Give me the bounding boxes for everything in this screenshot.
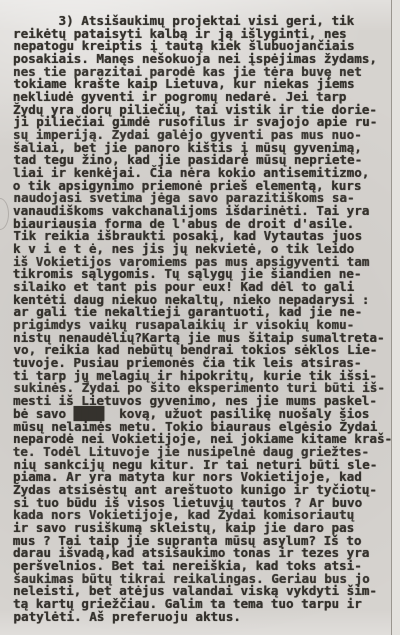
text-line: kada nors Vokietijoje, kad Žydai komisor…	[13, 509, 397, 522]
text-line: nių sankcijų negu kitur. Ir tai neturi b…	[13, 459, 397, 472]
text-line: sų imperiją. Žydai galėjo gyventi pas mu…	[13, 129, 397, 142]
text-line: prigimdys vaikų rusapalaikių ir visokių …	[13, 319, 397, 332]
text-line: Tik reikia išbraukti posakį, kad Vytauta…	[13, 230, 397, 243]
text-line: sukinės. Žydai po šito eksperimento turi…	[13, 382, 397, 395]
scan-artifact-arc	[0, 198, 9, 230]
text-line: mūsų nelaimės metu. Tokio biauraus elgės…	[13, 421, 397, 434]
page-edge-strip	[391, 0, 400, 635]
text-line: naudojasi svetima jėga savo parazitiškom…	[13, 192, 397, 205]
text-line: šaukimas būtų tikrai reikalingas. Geriau…	[13, 573, 397, 586]
text-line: patylėti. Aš preferuoju aktus.	[13, 611, 397, 624]
text-line: mus ? Tai taip jie supranta mūsų asylum?…	[13, 535, 397, 548]
text-line: nekliudė gyventi ir pogromų nedarė. Jei …	[13, 91, 397, 104]
text-line: tad tegu žino, kad jie pasidarė mūsų nep…	[13, 154, 397, 167]
text-line: tuvoje. Pusiau priemonės čia tik leis at…	[13, 357, 397, 370]
text-line: tikromis sąlygomis. Tų sąlygų jie šiandi…	[13, 268, 397, 281]
text-line: nepatogu kreiptis į tautą kiek šlubuojan…	[13, 40, 397, 53]
document-page: 3) Atsišaukimų projektai visi geri, tikr…	[0, 0, 400, 635]
typewritten-text: 3) Atsišaukimų projektai visi geri, tikr…	[13, 15, 397, 623]
